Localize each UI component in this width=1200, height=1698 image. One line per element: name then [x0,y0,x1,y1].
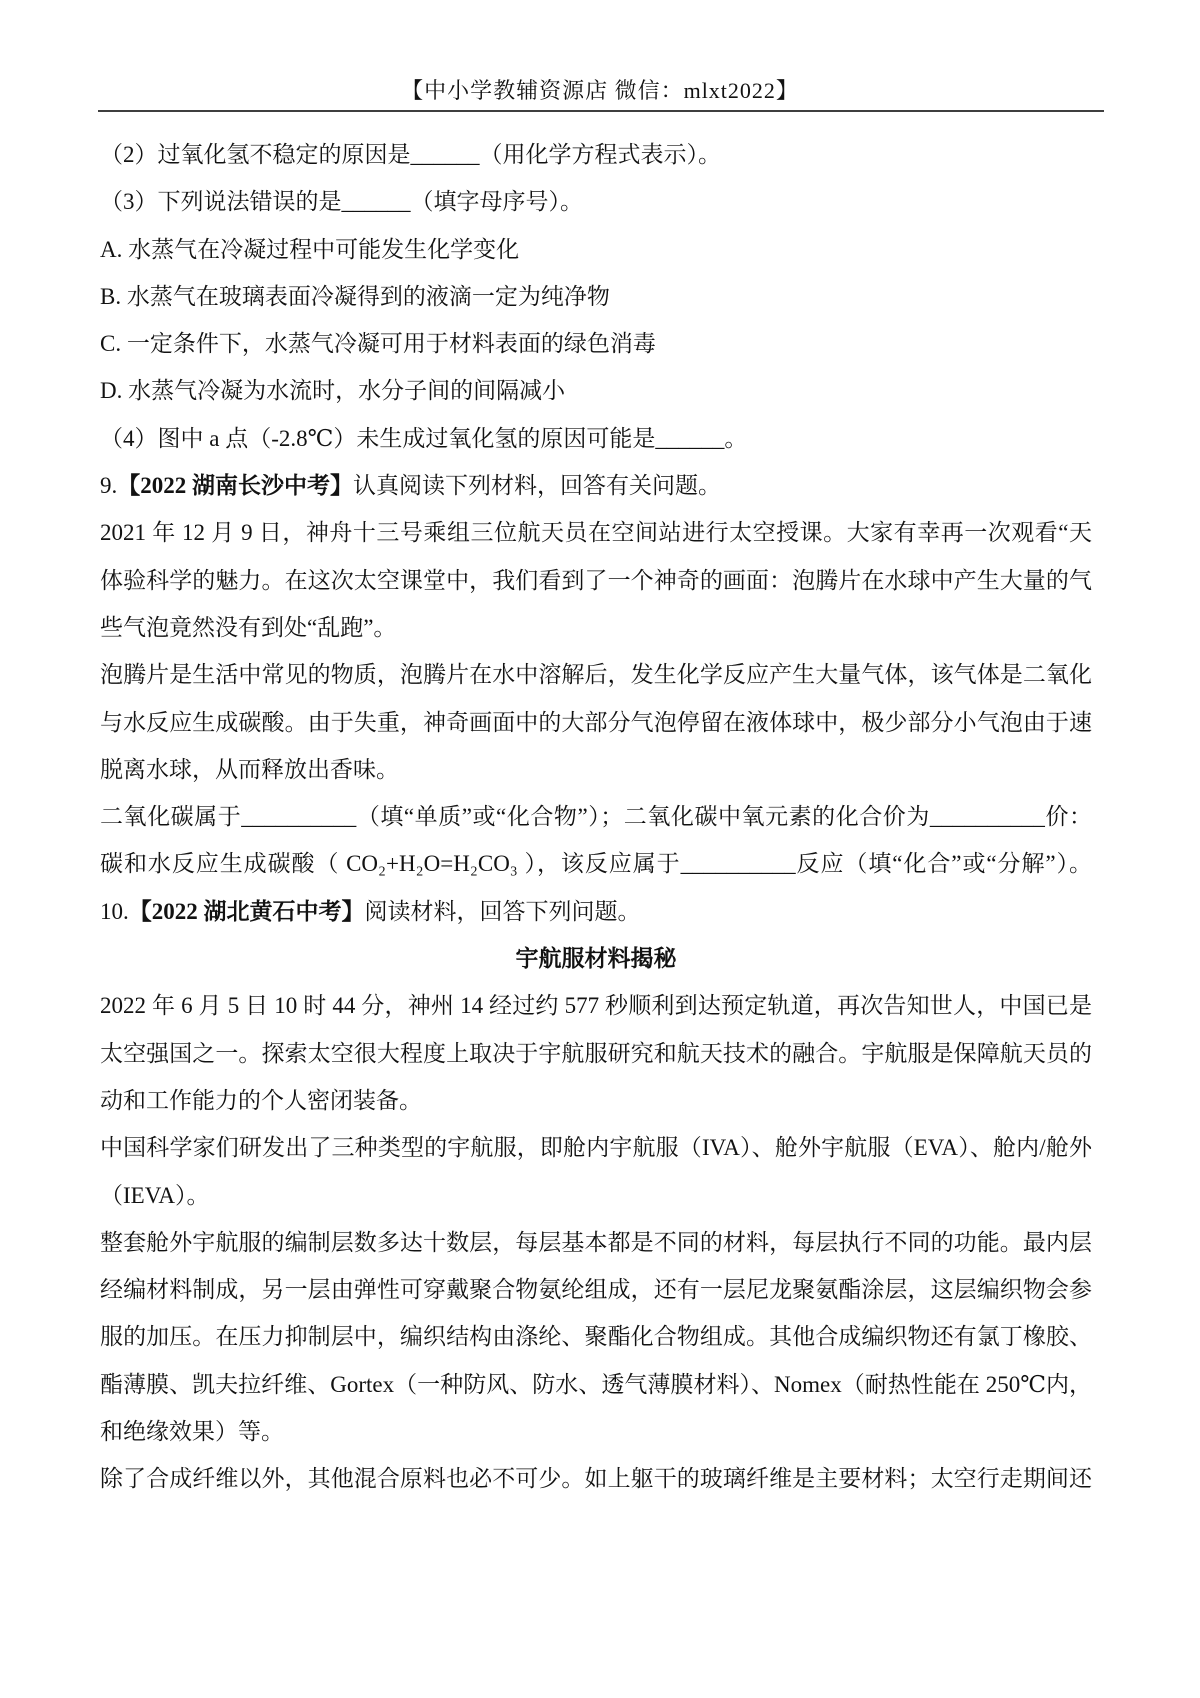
q9-source-tag: 【2022 湖南长沙中考】 [117,473,353,498]
q10-passage-line: 服的加压。在压力抑制层中，编织结构由涤纶、聚酯化合物组成。其他合成编织物还有氯丁… [100,1313,1092,1360]
q10-passage-line: 2022 年 6 月 5 日 10 时 44 分，神州 14 经过约 577 秒… [100,982,1092,1029]
q10-passage-line: 太空强国之一。探索太空很大程度上取决于宇航服研究和航天技术的融合。宇航服是保障航… [100,1030,1092,1077]
document-body: （2）过氧化氢不稳定的原因是______（用化学方程式表示）。 （3）下列说法错… [100,131,1092,1503]
q10-passage-line: 经编材料制成，另一层由弹性可穿戴聚合物氨纶组成，还有一层尼龙聚氨酯涂层，这层编织… [100,1266,1092,1313]
q8-option-b: B. 水蒸气在玻璃表面冷凝得到的液滴一定为纯净物 [100,273,1092,320]
q9-passage-line: 与水反应生成碳酸。由于失重，神奇画面中的大部分气泡停留在液体球中，极少部分小气泡… [100,699,1092,746]
q10-passage-line: 动和工作能力的个人密闭装备。 [100,1077,1092,1124]
q10-passage-line: 整套舱外宇航服的编制层数多达十数层，每层基本都是不同的材料，每层执行不同的功能。… [100,1219,1092,1266]
q9-passage-line: 泡腾片是生活中常见的物质，泡腾片在水中溶解后，发生化学反应产生大量气体，该气体是… [100,651,1092,698]
q9-passage-line: 脱离水球，从而释放出香味。 [100,746,1092,793]
q9-fill-blank-line: 二氧化碳属于__________（填“单质”或“化合物”）；二氧化碳中氧元素的化… [100,793,1092,840]
q8-part4: （4）图中 a 点（-2.8℃）未生成过氧化氢的原因可能是______。 [100,415,1092,462]
q8-part3: （3）下列说法错误的是______（填字母序号）。 [100,178,1092,225]
q9-instruction: 认真阅读下列材料，回答有关问题。 [353,473,721,498]
q8-option-c: C. 一定条件下，水蒸气冷凝可用于材料表面的绿色消毒 [100,320,1092,367]
q10-number: 10. [100,899,129,924]
q10-heading: 10.【2022 湖北黄石中考】阅读材料，回答下列问题。 [100,888,1092,935]
q9-heading: 9.【2022 湖南长沙中考】认真阅读下列材料，回答有关问题。 [100,462,1092,509]
q8-option-d: D. 水蒸气冷凝为水流时，水分子间的间隔减小 [100,367,1092,414]
q10-source-tag: 【2022 湖北黄石中考】 [129,899,365,924]
q10-passage-title: 宇航服材料揭秘 [100,935,1092,982]
header-divider [98,110,1104,112]
q9-fill-blank-line: 碳和水反应生成碳酸（ CO₂+H₂O=H₂CO₃ ），该反应属于________… [100,840,1092,887]
q8-part2: （2）过氧化氢不稳定的原因是______（用化学方程式表示）。 [100,131,1092,178]
q9-passage-line: 些气泡竟然没有到处“乱跑”。 [100,604,1092,651]
q10-passage-line: （IEVA）。 [100,1172,1092,1219]
page-header-shop-label: 【中小学教辅资源店 微信：mlxt2022】 [0,74,1200,105]
q9-number: 9. [100,473,117,498]
q10-passage-line: 和绝缘效果）等。 [100,1408,1092,1455]
q9-passage-line: 体验科学的魅力。在这次太空课堂中，我们看到了一个神奇的画面：泡腾片在水球中产生大… [100,557,1092,604]
q10-instruction: 阅读材料，回答下列问题。 [365,899,641,924]
q8-option-a: A. 水蒸气在冷凝过程中可能发生化学变化 [100,226,1092,273]
q9-passage-line: 2021 年 12 月 9 日，神舟十三号乘组三位航天员在空间站进行太空授课。大… [100,509,1092,556]
q10-passage-line: 酯薄膜、凯夫拉纤维、Gortex（一种防风、防水、透气薄膜材料）、Nomex（耐… [100,1361,1092,1408]
q10-passage-line: 中国科学家们研发出了三种类型的宇航服，即舱内宇航服（IVA）、舱外宇航服（EVA… [100,1124,1092,1171]
q10-passage-line: 除了合成纤维以外，其他混合原料也必不可少。如上躯干的玻璃纤维是主要材料；太空行走… [100,1455,1092,1502]
